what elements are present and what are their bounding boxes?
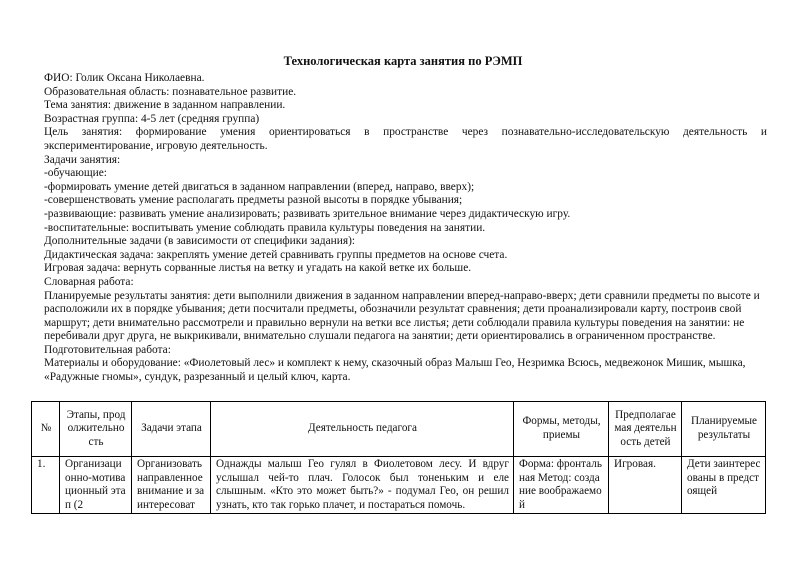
task-item: -совершенствовать умение располагать пре… [44, 194, 767, 208]
age-group-line: Возрастная группа: 4-5 лет (средняя груп… [44, 113, 767, 127]
goal-paragraph: Цель занятия: формирование умения ориент… [44, 126, 767, 153]
task-developing: -развивающие: развивать умение анализиро… [44, 208, 767, 222]
didactic-task: Дидактическая задача: закреплять умение … [44, 249, 767, 263]
fio-line: ФИО: Голик Оксана Николаевна. [44, 72, 767, 86]
header-planned-results: Планируемые результаты [682, 402, 766, 457]
topic-line: Тема занятия: движение в заданном направ… [44, 99, 767, 113]
header-stage-tasks: Задачи этапа [132, 402, 211, 457]
cell-number: 1. [32, 457, 60, 514]
cell-teacher-activity: Однажды малыш Гео гулял в Фиолетовом лес… [211, 457, 514, 514]
cell-stage: Организационно-мотивационный этап (2 [60, 457, 132, 514]
header-children-activity: Предполагаемая деятельность детей [609, 402, 682, 457]
document-title: Технологическая карта занятия по РЭМП [0, 54, 800, 69]
cell-stage-tasks: Организовать направленное внимание и заи… [132, 457, 211, 514]
cell-planned-results: Дети заинтересованы в предстоящей [682, 457, 766, 514]
table-header-row: № Этапы, продолжительность Задачи этапа … [32, 402, 766, 457]
table-row: 1. Организационно-мотивационный этап (2 … [32, 457, 766, 514]
header-number: № [32, 402, 60, 457]
header-forms-methods: Формы, методы, приемы [514, 402, 609, 457]
cell-children-activity: Игровая. [609, 457, 682, 514]
tasks-learning-heading: -обучающие: [44, 167, 767, 181]
materials-paragraph: Материалы и оборудование: «Фиолетовый ле… [44, 357, 767, 384]
task-item: -формировать умение детей двигаться в за… [44, 181, 767, 195]
vocabulary-heading: Словарная работа: [44, 276, 767, 290]
planned-results-paragraph: Планируемые результаты занятия: дети вып… [44, 290, 767, 344]
cell-forms-methods: Форма: фронтальная Метод: создание вообр… [514, 457, 609, 514]
tasks-heading: Задачи занятия: [44, 154, 767, 168]
preparatory-heading: Подготовительная работа: [44, 344, 767, 358]
lesson-plan-table-wrap: № Этапы, продолжительность Задачи этапа … [31, 401, 765, 514]
task-upbringing: -воспитательные: воспитывать умение собл… [44, 222, 767, 236]
lesson-plan-table: № Этапы, продолжительность Задачи этапа … [31, 401, 766, 514]
game-task: Игровая задача: вернуть сорванные листья… [44, 262, 767, 276]
document-body: ФИО: Голик Оксана Николаевна. Образовате… [44, 72, 767, 385]
document-page: Технологическая карта занятия по РЭМП ФИ… [0, 0, 800, 566]
header-stages: Этапы, продолжительность [60, 402, 132, 457]
header-teacher-activity: Деятельность педагога [211, 402, 514, 457]
area-line: Образовательная область: познавательное … [44, 86, 767, 100]
extra-tasks-heading: Дополнительные задачи (в зависимости от … [44, 235, 767, 249]
